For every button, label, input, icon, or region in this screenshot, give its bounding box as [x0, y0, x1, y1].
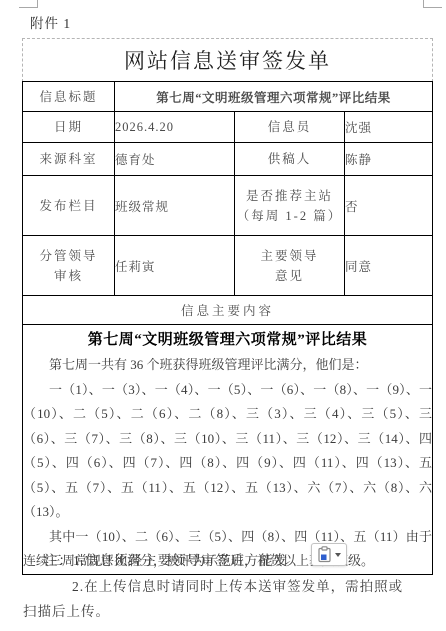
- row-date: 日期 2026.4.20 信息员 沈强: [23, 112, 433, 143]
- recommend-main-site-value: 否: [345, 176, 433, 236]
- leader-review-value: 任莉寅: [115, 236, 235, 296]
- crop-mark-top-left-horizontal: [19, 7, 38, 8]
- info-title-value: 第七周“文明班级管理六项常规”评比结果: [115, 82, 433, 112]
- info-officer-label: 信息员: [235, 112, 345, 143]
- crop-mark-top-right-vertical: [423, 0, 424, 7]
- paste-options-button[interactable]: [311, 543, 347, 566]
- word-document-page: { "page": { "attachment_label": "附件 1", …: [0, 0, 446, 631]
- footnote-line-3: 扫描后上传。: [23, 599, 435, 625]
- crop-mark-top-left-vertical: [37, 0, 38, 7]
- footnote-line-1: 注：1.信息须经主要领导审签后方能发: [23, 548, 435, 574]
- form-title: 网站信息送审签发单: [22, 38, 433, 82]
- contributor-value: 陈静: [345, 143, 433, 176]
- content-heading: 第七周“文明班级管理六项常规”评比结果: [23, 328, 432, 353]
- recommend-main-site-label: 是否推荐主站 （每周 1-2 篇）: [235, 176, 345, 236]
- leader-review-label: 分管领导 审核: [23, 236, 115, 296]
- content-paragraph-1: 第七周一共有 36 个班获得班级管理评比满分，他们是：: [23, 353, 432, 378]
- row-publish-column: 发布栏目 班级常规 是否推荐主站 （每周 1-2 篇） 否: [23, 176, 433, 236]
- main-content-section-header: 信息主要内容: [23, 296, 433, 325]
- row-info-title: 信息标题 第七周“文明班级管理六项常规”评比结果: [23, 82, 433, 112]
- row-main-content: 第七周“文明班级管理六项常规”评比结果 第七周一共有 36 个班获得班级管理评比…: [23, 325, 433, 575]
- main-leader-opinion-value: 同意: [345, 236, 433, 296]
- row-leader-review: 分管领导 审核 任莉寅 主要领导 意见 同意: [23, 236, 433, 296]
- publish-column-value: 班级常规: [115, 176, 235, 236]
- date-label: 日期: [23, 112, 115, 143]
- crop-mark-top-right-horizontal: [423, 7, 442, 8]
- footnote-line-2: 2.在上传信息时请同时上传本送审签发单，需拍照或: [23, 574, 435, 600]
- row-source: 来源科室 德育处 供稿人 陈静: [23, 143, 433, 176]
- content-paragraph-2: 一（1）、一（3）、一（4）、一（5）、一（6）、一（8）、一（9）、一（10）…: [23, 378, 432, 525]
- source-dept-label: 来源科室: [23, 143, 115, 176]
- dropdown-caret-icon: [335, 553, 341, 557]
- attachment-label: 附件 1: [30, 12, 71, 32]
- source-dept-value: 德育处: [115, 143, 235, 176]
- clipboard-paste-icon: [318, 546, 332, 563]
- row-section-header: 信息主要内容: [23, 296, 433, 325]
- main-content-cell: 第七周“文明班级管理六项常规”评比结果 第七周一共有 36 个班获得班级管理评比…: [23, 325, 433, 575]
- info-title-label: 信息标题: [23, 82, 115, 112]
- contributor-label: 供稿人: [235, 143, 345, 176]
- date-value: 2026.4.20: [115, 112, 235, 143]
- approval-form-table: 信息标题 第七周“文明班级管理六项常规”评比结果 日期 2026.4.20 信息…: [22, 81, 433, 575]
- info-officer-value: 沈强: [345, 112, 433, 143]
- footnotes: 注：1.信息须经主要领导审签后方能发 2.在上传信息时请同时上传本送审签发单，需…: [23, 548, 435, 625]
- publish-column-label: 发布栏目: [23, 176, 115, 236]
- main-leader-opinion-label: 主要领导 意见: [235, 236, 345, 296]
